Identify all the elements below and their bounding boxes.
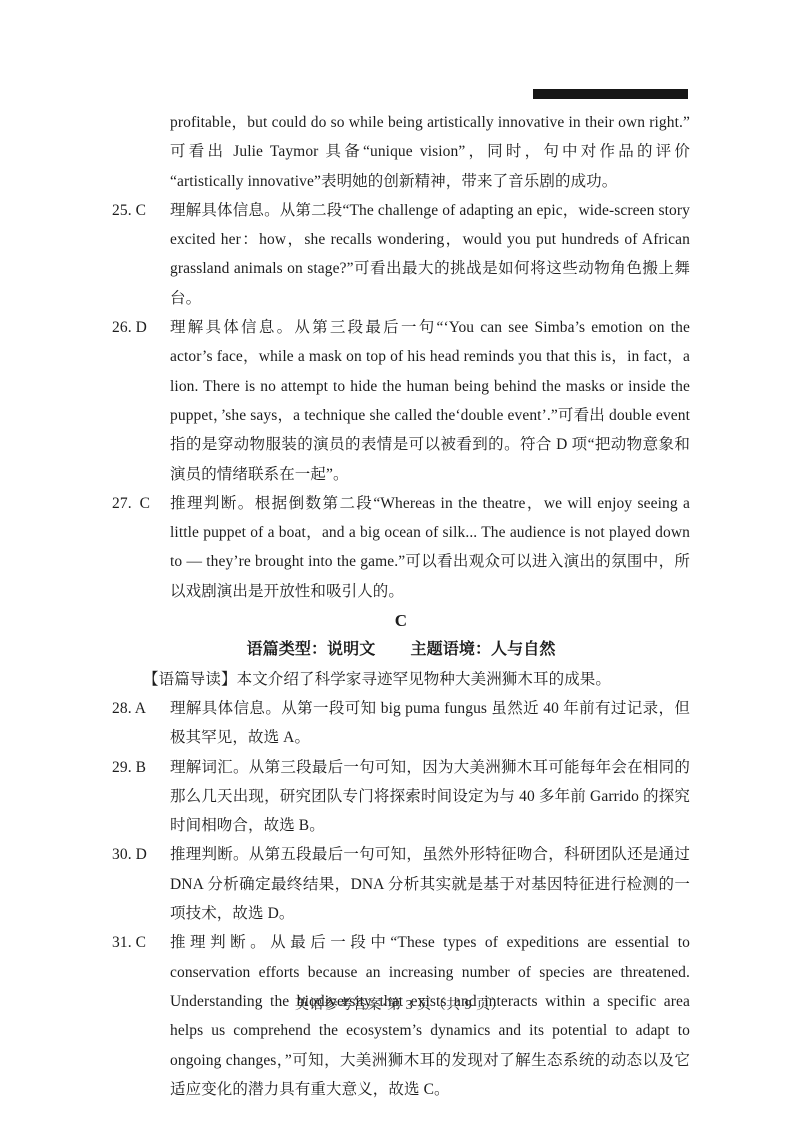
item-explanation: 理解具体信息。从第三段最后一句“‘You can see Simba’s emo…	[170, 319, 690, 482]
answer-item-30: 30. D 推理判断。从第五段最后一句可知，虽然外形特征吻合，科研团队还是通过 …	[112, 840, 690, 928]
passage-theme-label: 主题语境：人与自然	[411, 641, 556, 658]
item-number: 28. A	[112, 694, 146, 723]
answer-item-27: 27. C 推理判断。根据倒数第二段“Whereas in the theatr…	[112, 489, 690, 606]
item-number: 31. C	[112, 928, 146, 957]
item-number: 30. D	[112, 840, 147, 869]
answer-item-25: 25. C 理解具体信息。从第二段“The challenge of adapt…	[112, 196, 690, 313]
passage-c-heading: C	[112, 606, 690, 635]
answer-item-31: 31. C 推理判断。从最后一段中“These types of expedit…	[112, 928, 690, 1104]
passage-guide-text: 【语篇导读】本文介绍了科学家寻迹罕见物种大美洲狮木耳的成果。	[112, 665, 690, 694]
answer-item-26: 26. D 理解具体信息。从第三段最后一句“‘You can see Simba…	[112, 313, 690, 489]
item-number: 27. C	[112, 489, 150, 518]
item-explanation: 推理判断。根据倒数第二段“Whereas in the theatre，we w…	[170, 495, 690, 600]
redaction-bar	[533, 89, 688, 99]
passage-c-subheading: 语篇类型：说明文主题语境：人与自然	[112, 635, 690, 664]
item-explanation: 理解具体信息。从第二段“The challenge of adapting an…	[170, 202, 690, 307]
answer-key-page: profitable，but could do so while being a…	[0, 0, 800, 1131]
item-explanation: 理解词汇。从第三段最后一句可知，因为大美洲狮木耳可能每年会在相同的那么几天出现，…	[170, 759, 690, 835]
passage-type-label: 语篇类型：说明文	[247, 641, 376, 658]
item-explanation: 推理判断。从第五段最后一句可知，虽然外形特征吻合，科研团队还是通过 DNA 分析…	[170, 846, 690, 922]
answer-item-29: 29. B 理解词汇。从第三段最后一句可知，因为大美洲狮木耳可能每年会在相同的那…	[112, 753, 690, 841]
item-explanation: 理解具体信息。从第一段可知 big puma fungus 虽然近 40 年前有…	[170, 700, 690, 746]
answer-item-28: 28. A 理解具体信息。从第一段可知 big puma fungus 虽然近 …	[112, 694, 690, 753]
item-number: 26. D	[112, 313, 147, 342]
page-footer: 英语参考答案·第 3 页（共 9 页）	[0, 994, 800, 1014]
item-24-continuation-text: profitable，but could do so while being a…	[170, 108, 690, 196]
item-explanation: 推理判断。从最后一段中“These types of expeditions a…	[170, 934, 690, 1097]
item-number: 25. C	[112, 196, 146, 225]
page-content: profitable，but could do so while being a…	[112, 108, 690, 1104]
item-number: 29. B	[112, 753, 146, 782]
